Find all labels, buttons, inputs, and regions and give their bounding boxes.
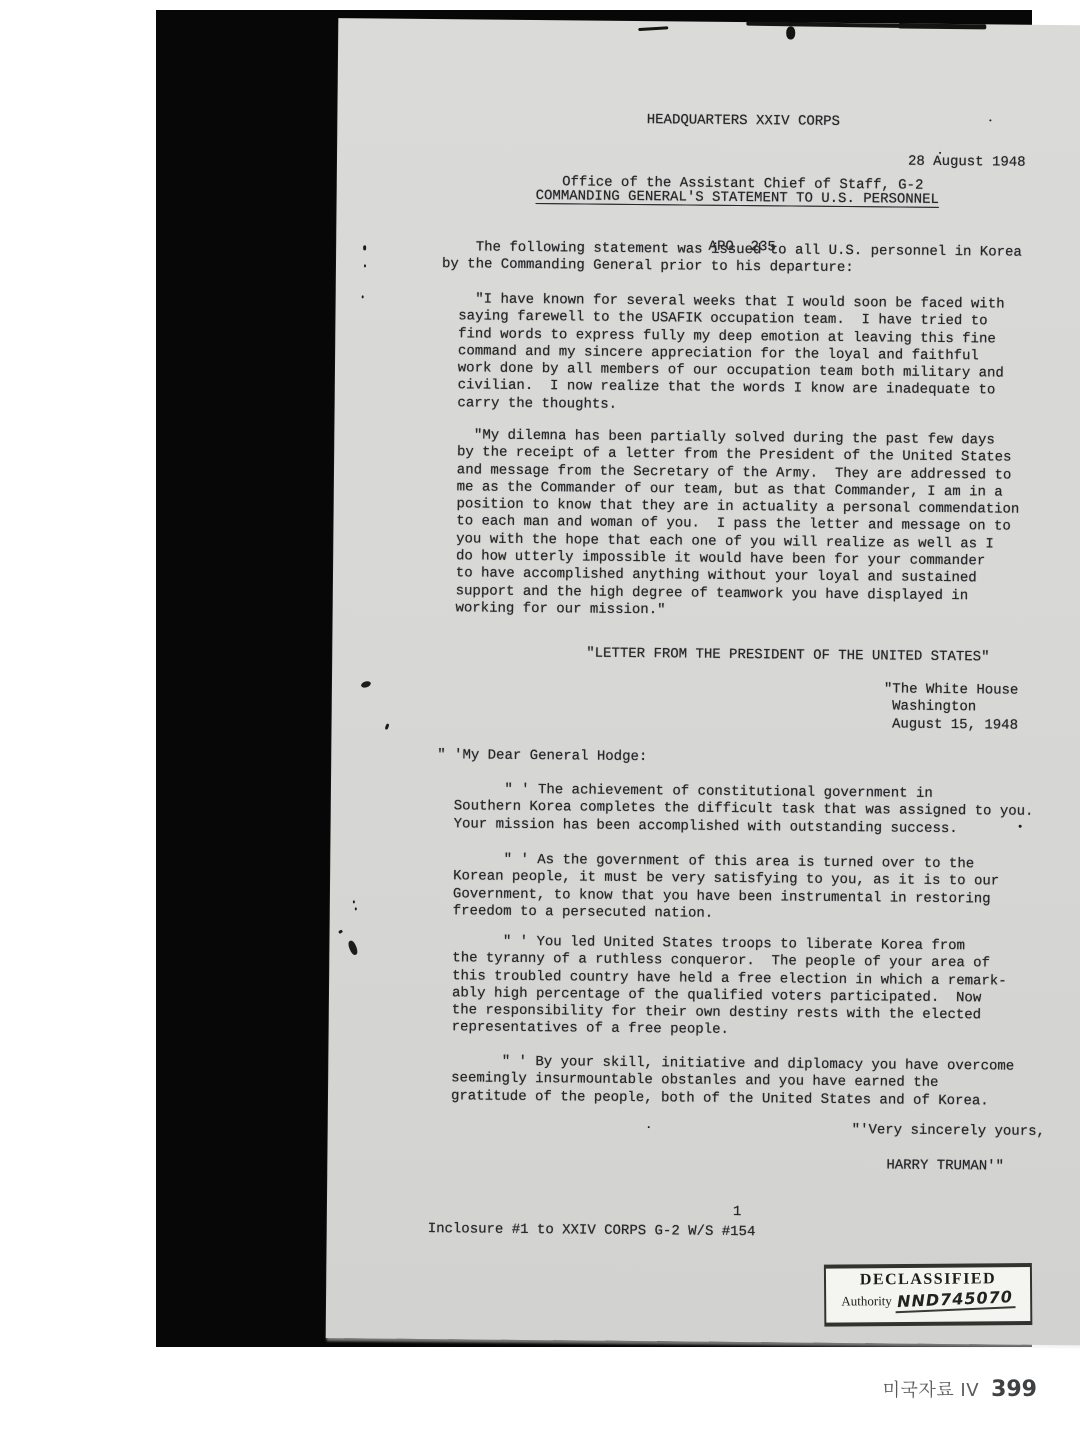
book-page: HEADQUARTERS XXIV CORPS Office of the As… <box>0 0 1080 1439</box>
declassified-stamp: DECLASSIFIED Authority NND745070 <box>824 1263 1032 1327</box>
ink-speck <box>353 900 355 903</box>
signature-line: HARRY TRUMAN'" <box>886 1157 1004 1175</box>
letterhead-block: "The White House Washington August 15, 1… <box>884 681 1019 734</box>
ink-speck <box>347 940 359 957</box>
inclosure-note: Inclosure #1 to XXIV CORPS G-2 W/S #154 <box>428 1221 756 1241</box>
ink-speck <box>338 929 343 934</box>
torn-edge-mark <box>898 24 986 30</box>
closing-line: "'Very sincerely yours, <box>852 1122 1045 1141</box>
letter-heading: "LETTER FROM THE PRESIDENT OF THE UNITED… <box>586 646 989 667</box>
ink-speck <box>360 680 371 689</box>
torn-edge-mark <box>746 22 921 29</box>
book-footer-caption: 미국자료 IV <box>883 1376 979 1402</box>
salutation-line: " 'My Dear General Hodge: <box>437 747 647 766</box>
authority-number-handwritten: NND745070 <box>895 1287 1016 1313</box>
letter-paragraph-2: " ' As the government of this area is tu… <box>453 851 1000 925</box>
letter-paragraph-1: " ' The achievement of constitutional go… <box>454 781 1034 838</box>
header-line-unit: HEADQUARTERS XXIV CORPS <box>337 107 1080 136</box>
torn-edge-mark <box>638 26 668 31</box>
intro-paragraph: The following statement was issued to al… <box>442 239 1022 279</box>
ink-speck <box>385 723 390 730</box>
declassified-stamp-authority: Authority NND745070 <box>826 1289 1030 1312</box>
book-footer-page-number: 399 <box>991 1377 1037 1402</box>
page-number: 1 <box>733 1204 742 1221</box>
letter-paragraph-3: " ' You led United States troops to libe… <box>452 933 1007 1042</box>
statement-paragraph-1: "I have known for several weeks that I w… <box>441 291 1005 417</box>
ink-speck <box>648 1126 650 1128</box>
authority-label: Authority <box>841 1293 892 1308</box>
scanned-photo-background: HEADQUARTERS XXIV CORPS Office of the As… <box>156 10 1032 1347</box>
document-paper: HEADQUARTERS XXIV CORPS Office of the As… <box>326 18 1080 1346</box>
letter-paragraph-4: " ' By your skill, initiative and diplom… <box>451 1053 1014 1110</box>
statement-paragraph-2: "My dilemna has been partially solved du… <box>439 427 1021 623</box>
ink-speck <box>355 907 357 910</box>
book-footer: 미국자료 IV 399 <box>883 1376 1037 1402</box>
torn-edge-mark <box>786 26 795 39</box>
date-line: 28 August 1948 <box>908 154 1026 172</box>
